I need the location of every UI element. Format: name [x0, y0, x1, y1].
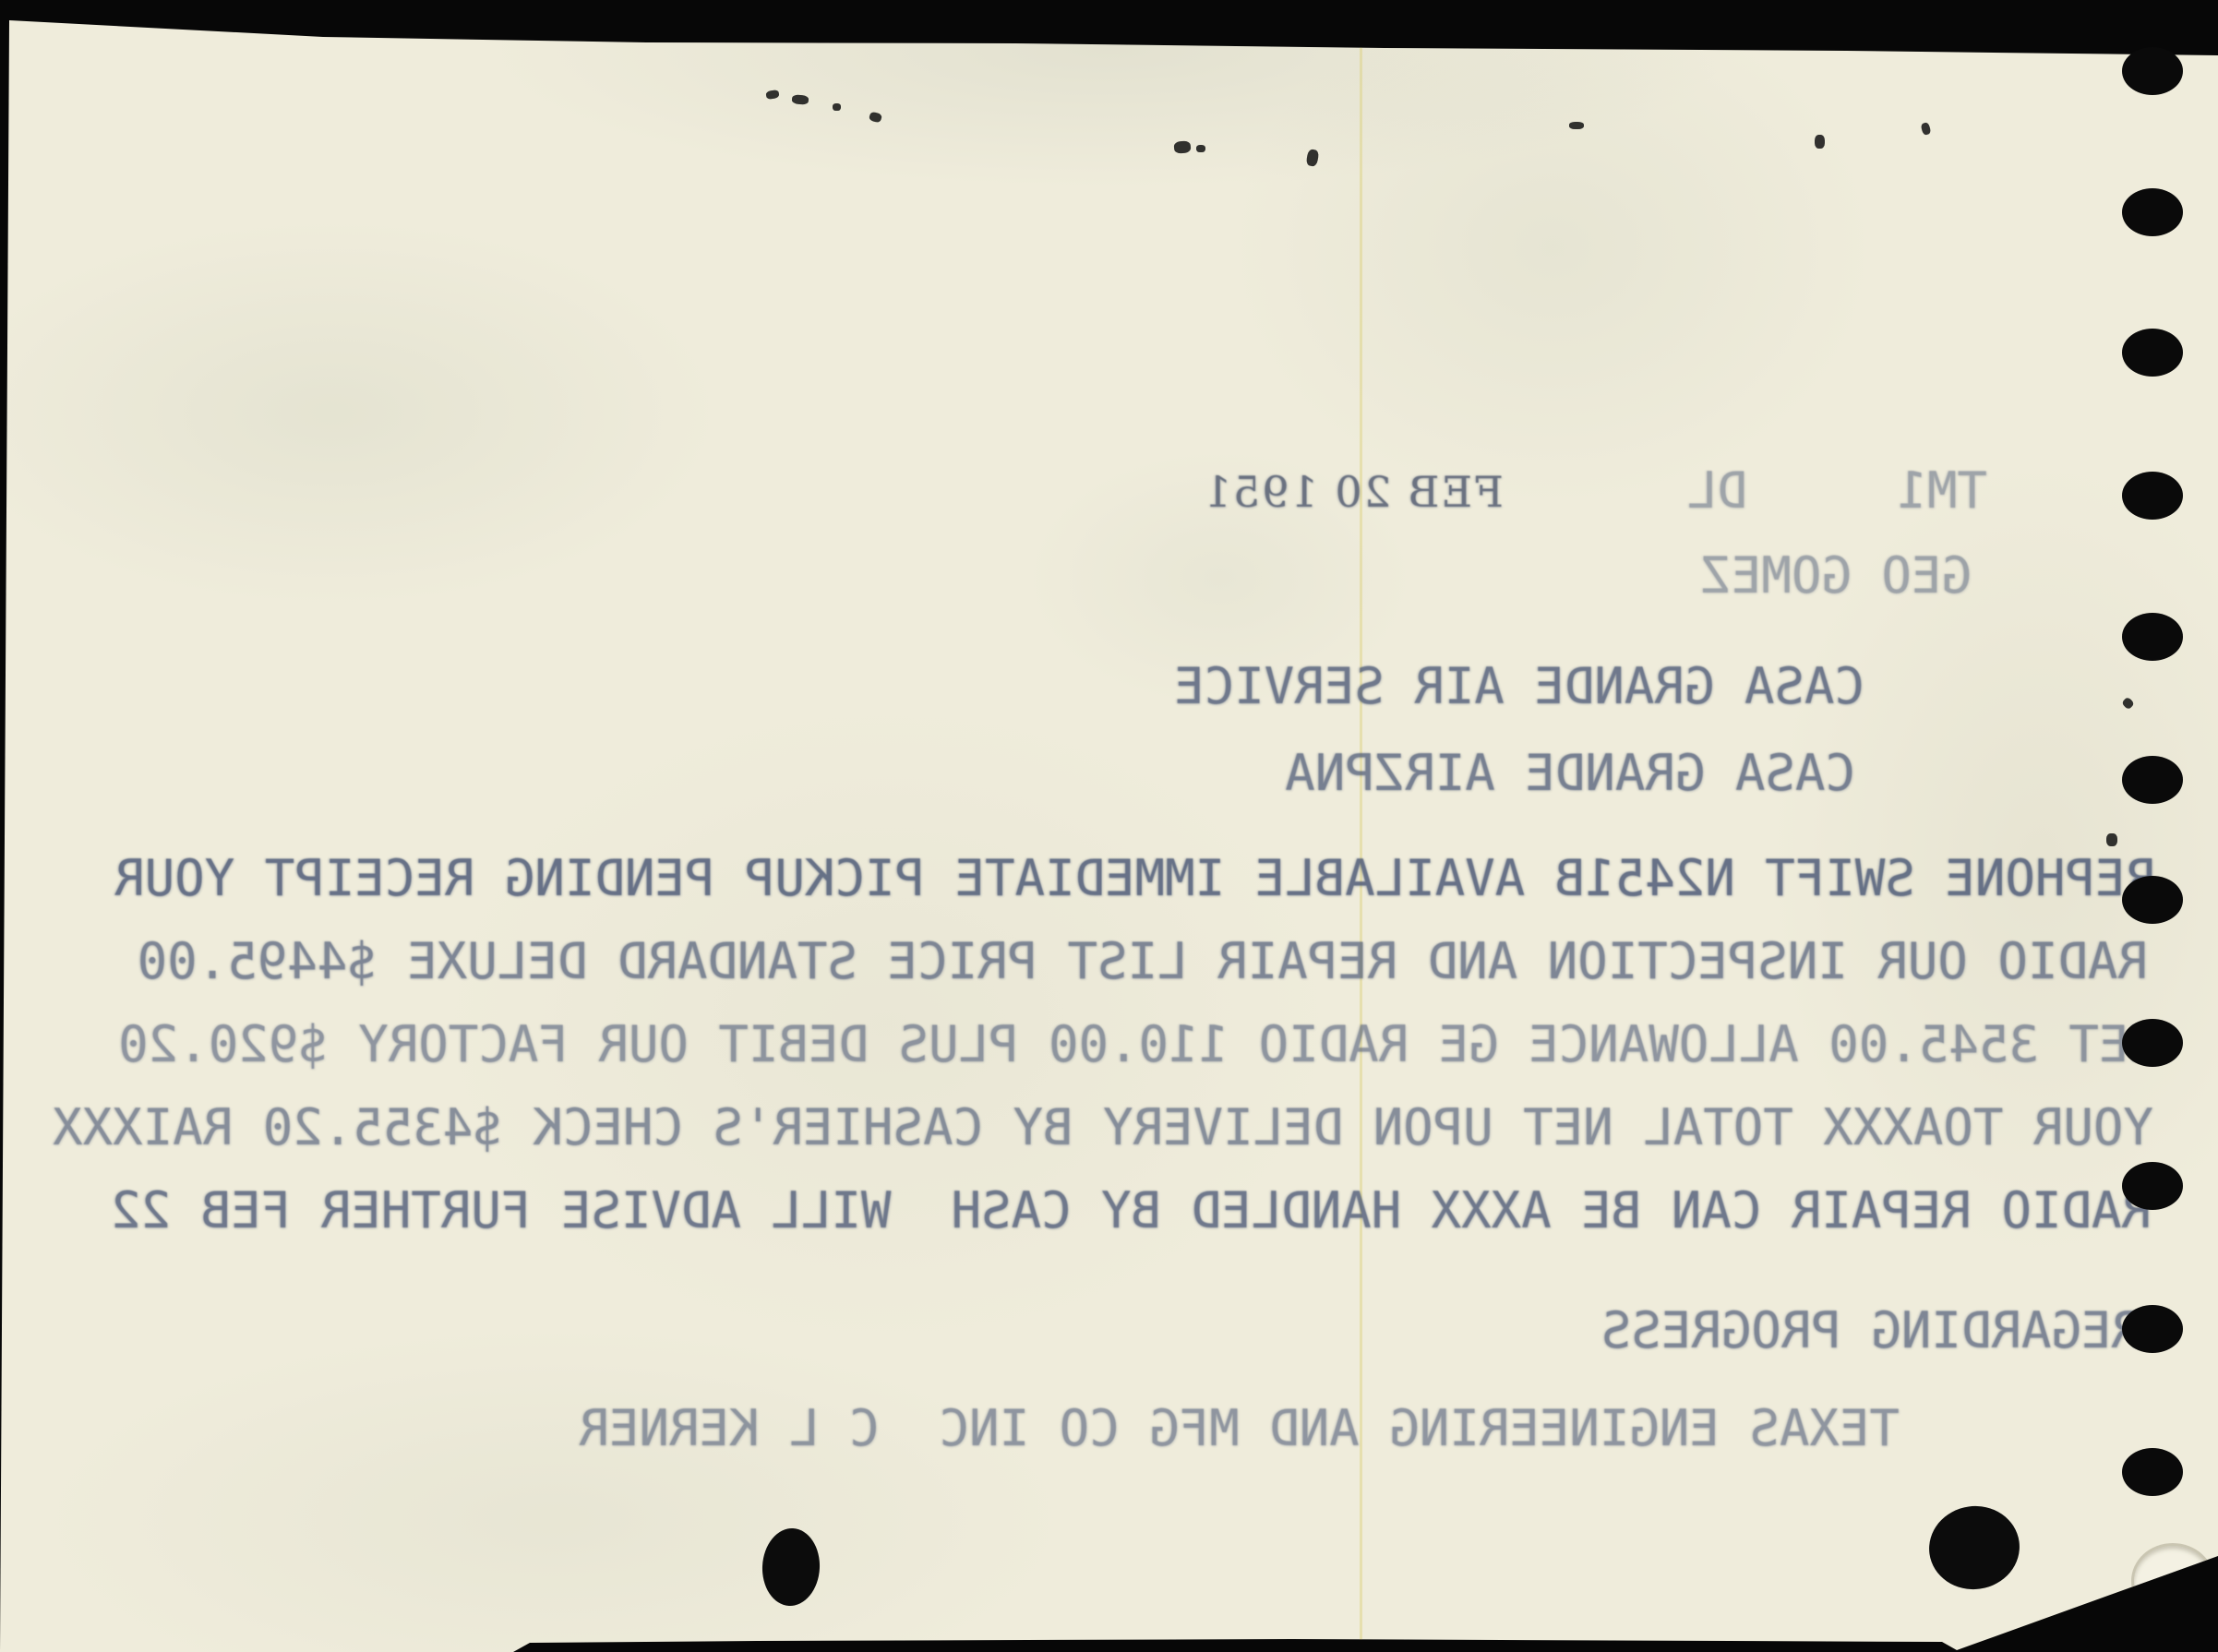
punch-hole — [2122, 1448, 2183, 1496]
routing-line: TM1 DL — [1687, 461, 1987, 520]
body-line-4: YOUR TOAXXX TOTAL NET UPON DELIVERY BY C… — [53, 1098, 2153, 1156]
punch-hole — [2122, 1019, 2183, 1067]
body-line-2: RADIO OUR INSPECTION AND REPAIR LIST PRI… — [138, 932, 2148, 990]
ink-speck — [1815, 135, 1825, 149]
mirrored-text-layer: TM1 DL FEB 20 1951 GEO GOMEZ CASA GRANDE… — [0, 0, 2218, 1652]
closing-line: REGARDING PROGRESS — [1601, 1301, 2141, 1359]
ink-speck — [833, 103, 841, 111]
punch-hole — [2122, 188, 2183, 236]
punch-hole — [2122, 1162, 2183, 1210]
body-line-1: REPHONE SWIFT N2451B AVAILABLE IMMEDIATE… — [114, 849, 2155, 907]
punch-hole — [2122, 1305, 2183, 1353]
scanned-telegram-back: TM1 DL FEB 20 1951 GEO GOMEZ CASA GRANDE… — [0, 0, 2218, 1652]
ink-speck — [1569, 122, 1584, 129]
punch-hole — [2122, 613, 2183, 661]
signature-line: TEXAS ENGINEERING AND MFG CO INC C L KER… — [580, 1399, 1900, 1457]
recipient-location: CASA GRANDE AIRZPNA — [1285, 744, 1855, 802]
body-line-5: RADIO REPAIR CAN BE AXXX HANDLED BY CASH… — [111, 1181, 2152, 1239]
document-paper: TM1 DL FEB 20 1951 GEO GOMEZ CASA GRANDE… — [0, 0, 2218, 1652]
recipient-company: CASA GRANDE AIR SERVICE — [1174, 657, 1864, 715]
punch-hole — [2122, 756, 2183, 804]
punch-hole — [2122, 47, 2183, 95]
embossed-circle — [2131, 1543, 2214, 1619]
ink-speck — [2106, 833, 2117, 846]
ink-speck — [1196, 145, 1205, 152]
punch-hole — [2122, 329, 2183, 377]
punch-hole — [2122, 472, 2183, 520]
recipient-name: GEO GOMEZ — [1701, 546, 1972, 605]
ink-speck — [792, 94, 809, 105]
punch-hole — [2122, 876, 2183, 924]
body-line-3: NET 3545.00 ALLOWANCE GE RADIO 110.00 PL… — [118, 1015, 2159, 1073]
date-stamp: FEB 20 1951 — [1203, 467, 1504, 517]
